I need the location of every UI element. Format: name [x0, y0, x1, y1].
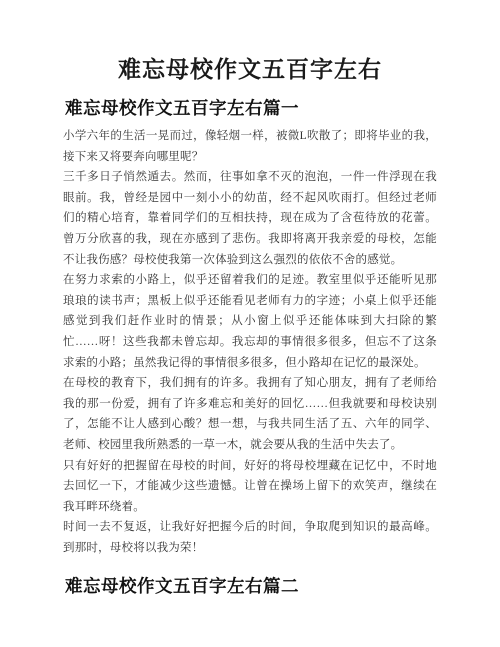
essay-paragraph: 在母校的教育下，我们拥有的许多。我拥有了知心朋友，拥有了老师给我的那一份爱，拥有…: [63, 373, 437, 455]
essay-paragraph: 三千多日子悄然遁去。然而，往事如拿不灭的泡泡，一件一件浮现在我眼前。我，曾经是园…: [63, 167, 437, 270]
document-page: 难忘母校作文五百字左右 难忘母校作文五百字左右篇一 小学六年的生活一晃而过，像轻…: [0, 0, 500, 647]
essay-paragraph: 小学六年的生活一晃而过，像轻烟一样，被微L吹散了；即将毕业的我，接下来又将要奔向…: [63, 126, 437, 167]
section-heading-part-two: 难忘母校作文五百字左右篇二: [65, 575, 435, 597]
section-heading-part-one: 难忘母校作文五百字左右篇一: [65, 97, 435, 119]
essay-paragraph: 时间一去不复返，让我好好把握今后的时间，争取爬到知识的最高峰。到那时，母校将以我…: [63, 517, 437, 558]
document-title: 难忘母校作文五百字左右: [0, 0, 500, 84]
essay-paragraph: 在努力求索的小路上，似乎还留着我们的足迹。教室里似乎还能听见那琅琅的读书声；黑板…: [63, 270, 437, 373]
essay-paragraph: 只有好好的把握留在母校的时间，好好的将母校埋藏在记忆中，不时地去回忆一下，才能减…: [63, 456, 437, 518]
